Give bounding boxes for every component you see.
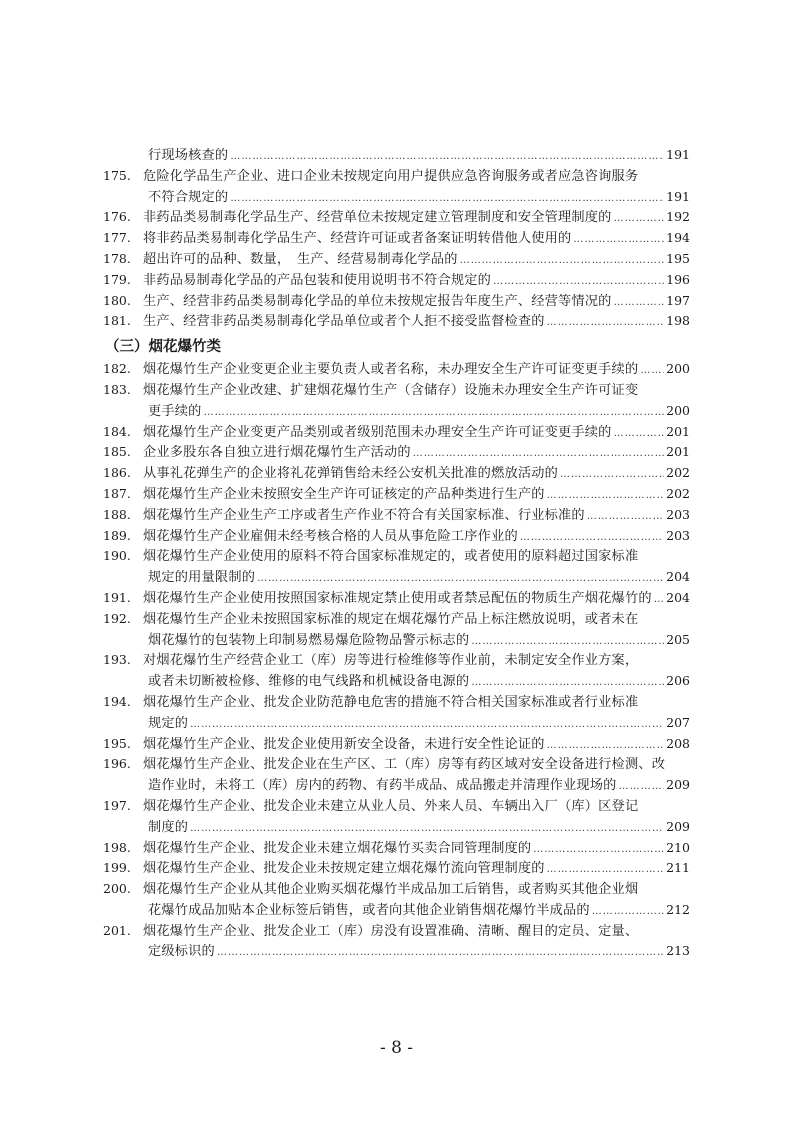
entry-title: 烟花爆竹生产企业、批发企业在生产区、工（库）房等有药区域对安全设备进行检测、改 (143, 755, 665, 776)
toc-entry-line[interactable]: 规定的207 (103, 713, 690, 734)
dot-leader (614, 209, 665, 230)
entry-page-number: 197 (666, 291, 690, 312)
entry-title: 烟花爆竹生产企业使用按照国家标准规定禁止使用或者禁忌配伍的物质生产烟花爆竹的 (143, 589, 652, 610)
entry-number: 200. (103, 879, 143, 900)
entry-title: 烟花爆竹的包装物上印制易燃易爆危险物品警示标志的 (148, 631, 469, 652)
dot-leader (573, 230, 664, 251)
entry-page-number: 203 (666, 526, 690, 547)
entry-title: 定级标识的 (148, 942, 215, 963)
dot-leader (547, 486, 665, 507)
section-heading-fireworks: （三）烟花爆竹类 (105, 335, 690, 359)
dot-leader (614, 424, 665, 445)
entry-title: 更手续的 (148, 402, 202, 423)
entry-page-number: 208 (666, 734, 690, 755)
entry-number: 188. (103, 505, 143, 526)
dot-leader (533, 840, 664, 861)
entry-title: 烟花爆竹生产企业、批发企业防范静电危害的措施不符合相关国家标准或者行业标准 (143, 693, 638, 714)
entry-number: 176. (103, 207, 143, 228)
entry-number: 175. (103, 166, 143, 187)
table-of-contents: 行现场核查的191175.危险化学品生产企业、进口企业未按规定向用户提供应急咨询… (103, 145, 690, 962)
entry-page-number: 201 (666, 442, 690, 463)
entry-title: 烟花爆竹生产企业改建、扩建烟花爆竹生产（含储存）设施未办理安全生产许可证变 (143, 381, 638, 402)
entry-title: 超出许可的品种、数量， 生产、经营易制毒化学品的 (143, 250, 458, 271)
entry-number: 189. (103, 526, 143, 547)
toc-entry-line[interactable]: 185.企业多股东各自独立进行烟花爆竹生产活动的201 (103, 442, 690, 463)
toc-entry-line[interactable]: 195.烟花爆竹生产企业、批发企业使用新安全设备，未进行安全性论证的208 (103, 734, 690, 755)
entry-number: 191. (103, 588, 143, 609)
dot-leader (587, 507, 664, 528)
dot-leader (190, 715, 664, 736)
entry-page-number: 194 (666, 228, 690, 249)
dot-leader (547, 313, 665, 334)
toc-entry-line[interactable]: 183.烟花爆竹生产企业改建、扩建烟花爆竹生产（含储存）设施未办理安全生产许可证… (103, 380, 690, 401)
entry-number: 190. (103, 546, 143, 567)
entry-number: 194. (103, 692, 143, 713)
toc-entry-line[interactable]: 造作业时，未将工（库）房内的药物、有药半成品、成品搬走并清理作业现场的209 (103, 775, 690, 796)
entry-page-number: 200 (666, 359, 690, 380)
entry-number: 187. (103, 484, 143, 505)
entry-page-number: 209 (666, 775, 690, 796)
toc-entry-line[interactable]: 烟花爆竹的包装物上印制易燃易爆危险物品警示标志的205 (103, 630, 690, 651)
entry-title: 烟花爆竹生产企业未按照国家标准的规定在烟花爆竹产品上标注燃放说明，或者未在 (143, 610, 638, 631)
entry-number: 186. (103, 463, 143, 484)
toc-entry-line[interactable]: 行现场核查的191 (103, 145, 690, 166)
entry-page-number: 212 (666, 900, 690, 921)
entry-title: 不符合规定的 (148, 188, 228, 209)
toc-fireworks: 182.烟花爆竹生产企业变更企业主要负责人或者名称，未办理安全生产许可证变更手续… (103, 359, 690, 962)
entry-number: 192. (103, 609, 143, 630)
toc-entry-line[interactable]: 194.烟花爆竹生产企业、批发企业防范静电危害的措施不符合相关国家标准或者行业标… (103, 692, 690, 713)
entry-title: 烟花爆竹生产企业雇佣未经考核合格的人员从事危险工序作业的 (143, 527, 518, 548)
toc-entry-line[interactable]: 不符合规定的191 (103, 187, 690, 208)
dot-leader (204, 403, 665, 424)
entry-title: 对烟花爆竹生产经营企业工（库）房等进行检维修等作业前，未制定安全作业方案， (143, 651, 638, 672)
toc-entry-line[interactable]: 196.烟花爆竹生产企业、批发企业在生产区、工（库）房等有药区域对安全设备进行检… (103, 754, 690, 775)
entry-page-number: 196 (666, 270, 690, 291)
entry-title: 生产、经营非药品类易制毒化学品的单位未按规定报告年度生产、经营等情况的 (143, 292, 612, 313)
entry-title: 烟花爆竹生产企业使用的原料不符合国家标准规定的，或者使用的原料超过国家标准 (143, 547, 638, 568)
toc-entry-line[interactable]: 178.超出许可的品种、数量， 生产、经营易制毒化学品的195 (103, 249, 690, 270)
dot-leader (460, 251, 664, 272)
entry-number: 180. (103, 291, 143, 312)
entry-number: 193. (103, 650, 143, 671)
entry-page-number: 204 (666, 567, 690, 588)
entry-title: 将非药品类易制毒化学品生产、经营许可证或者备案证明转借他人使用的 (143, 229, 571, 250)
toc-entry-line[interactable]: 175.危险化学品生产企业、进口企业未按规定向用户提供应急咨询服务或者应急咨询服… (103, 166, 690, 187)
toc-entry-line[interactable]: 190.烟花爆竹生产企业使用的原料不符合国家标准规定的，或者使用的原料超过国家标… (103, 546, 690, 567)
entry-page-number: 202 (666, 463, 690, 484)
entry-title: 烟花爆竹生产企业、批发企业工（库）房没有设置准确、清晰、醒目的定员、定量、 (143, 922, 638, 943)
entry-title: 行现场核查的 (148, 146, 228, 167)
dot-leader (230, 147, 664, 168)
toc-entry-line[interactable]: 180.生产、经营非药品类易制毒化学品的单位未按规定报告年度生产、经营等情况的1… (103, 291, 690, 312)
entry-title: 企业多股东各自独立进行烟花爆竹生产活动的 (143, 443, 411, 464)
toc-entry-line[interactable]: 187.烟花爆竹生产企业未按照安全生产许可证核定的产品种类进行生产的202 (103, 484, 690, 505)
entry-number: 198. (103, 838, 143, 859)
entry-page-number: 201 (666, 422, 690, 443)
entry-page-number: 211 (666, 858, 690, 879)
toc-entry-line[interactable]: 176.非药品类易制毒化学品生产、经营单位未按规定建立管理制度和安全管理制度的1… (103, 207, 690, 228)
entry-number: 181. (103, 311, 143, 332)
entry-page-number: 191 (666, 187, 690, 208)
entry-title: 规定的用量限制的 (148, 568, 255, 589)
entry-page-number: 204 (666, 588, 690, 609)
entry-number: 185. (103, 442, 143, 463)
toc-entry-line[interactable]: 179.非药品易制毒化学品的产品包装和使用说明书不符合规定的196 (103, 270, 690, 291)
entry-number: 196. (103, 754, 143, 775)
toc-entry-line[interactable]: 186.从事礼花弹生产的企业将礼花弹销售给未经公安机关批准的燃放活动的202 (103, 463, 690, 484)
entry-title: 造作业时，未将工（库）房内的药物、有药半成品、成品搬走并清理作业现场的 (148, 776, 617, 797)
entry-page-number: 207 (666, 713, 690, 734)
toc-entry-line[interactable]: 197.烟花爆竹生产企业、批发企业未建立从业人员、外来人员、车辆出入厂（库）区登… (103, 796, 690, 817)
entry-title: 规定的 (148, 714, 188, 735)
entry-number: 178. (103, 249, 143, 270)
entry-title: 制度的 (148, 818, 188, 839)
toc-entry-line[interactable]: 200.烟花爆竹生产企业从其他企业购买烟花爆竹半成品加工后销售，或者购买其他企业… (103, 879, 690, 900)
entry-page-number: 205 (666, 630, 690, 651)
entry-number: 199. (103, 858, 143, 879)
entry-title: 非药品类易制毒化学品生产、经营单位未按规定建立管理制度和安全管理制度的 (143, 208, 612, 229)
dot-leader (592, 902, 664, 923)
dot-leader (654, 590, 664, 611)
toc-entry-line[interactable]: 或者未切断被检修、维修的电气线路和机械设备电源的206 (103, 671, 690, 692)
entry-title: 从事礼花弹生产的企业将礼花弹销售给未经公安机关批准的燃放活动的 (143, 464, 558, 485)
dot-leader (520, 528, 664, 549)
toc-entry-line[interactable]: 192.烟花爆竹生产企业未按照国家标准的规定在烟花爆竹产品上标注燃放说明，或者未… (103, 609, 690, 630)
dot-leader (547, 860, 665, 881)
entry-title: 烟花爆竹生产企业生产工序或者生产作业不符合有关国家标准、行业标准的 (143, 506, 585, 527)
dot-leader (257, 569, 664, 590)
entry-title: 危险化学品生产企业、进口企业未按规定向用户提供应急咨询服务或者应急咨询服务 (143, 167, 638, 188)
toc-entry-line[interactable]: 193.对烟花爆竹生产经营企业工（库）房等进行检维修等作业前，未制定安全作业方案… (103, 650, 690, 671)
dot-leader (547, 736, 665, 757)
toc-entry-line[interactable]: 198.烟花爆竹生产企业、批发企业未建立烟花爆竹买卖合同管理制度的210 (103, 838, 690, 859)
dot-leader (230, 189, 664, 210)
toc-entry-line[interactable]: 181.生产、经营非药品类易制毒化学品单位或者个人拒不接受监督检查的198 (103, 311, 690, 332)
toc-entry-line[interactable]: 189.烟花爆竹生产企业雇佣未经考核合格的人员从事危险工序作业的203 (103, 526, 690, 547)
entry-title: 烟花爆竹生产企业、批发企业使用新安全设备，未进行安全性论证的 (143, 735, 545, 756)
entry-title: 烟花爆竹生产企业从其他企业购买烟花爆竹半成品加工后销售，或者购买其他企业烟 (143, 880, 638, 901)
entry-number: 197. (103, 796, 143, 817)
entry-page-number: 203 (666, 505, 690, 526)
entry-title: 烟花爆竹生产企业、批发企业未按规定建立烟花爆竹流向管理制度的 (143, 859, 545, 880)
entry-page-number: 213 (666, 941, 690, 962)
dot-leader (560, 465, 664, 486)
entry-page-number: 202 (666, 484, 690, 505)
entry-title: 非药品易制毒化学品的产品包装和使用说明书不符合规定的 (143, 271, 491, 292)
entry-number: 183. (103, 380, 143, 401)
entry-page-number: 191 (666, 145, 690, 166)
entry-number: 201. (103, 921, 143, 942)
dot-leader (614, 293, 665, 314)
toc-entry-line[interactable]: 191.烟花爆竹生产企业使用按照国家标准规定禁止使用或者禁忌配伍的物质生产烟花爆… (103, 588, 690, 609)
toc-entry-line[interactable]: 184.烟花爆竹生产企业变更产品类别或者级别范围未办理安全生产许可证变更手续的2… (103, 422, 690, 443)
entry-page-number: 209 (666, 817, 690, 838)
dot-leader (413, 444, 664, 465)
toc-entry-line[interactable]: 188.烟花爆竹生产企业生产工序或者生产作业不符合有关国家标准、行业标准的203 (103, 505, 690, 526)
toc-entry-line[interactable]: 182.烟花爆竹生产企业变更企业主要负责人或者名称，未办理安全生产许可证变更手续… (103, 359, 690, 380)
entry-title: 或者未切断被检修、维修的电气线路和机械设备电源的 (148, 672, 469, 693)
entry-title: 生产、经营非药品类易制毒化学品单位或者个人拒不接受监督检查的 (143, 312, 545, 333)
entry-title: 烟花爆竹生产企业、批发企业未建立烟花爆竹买卖合同管理制度的 (143, 839, 531, 860)
dot-leader (471, 673, 664, 694)
entry-title: 花爆竹成品加贴本企业标签后销售，或者向其他企业销售烟花爆竹半成品的 (148, 901, 590, 922)
dot-leader (640, 361, 664, 382)
toc-chemicals-continued: 行现场核查的191175.危险化学品生产企业、进口企业未按规定向用户提供应急咨询… (103, 145, 690, 332)
entry-page-number: 206 (666, 671, 690, 692)
page-number: - 8 - (0, 1038, 793, 1058)
entry-number: 179. (103, 270, 143, 291)
dot-leader (471, 632, 664, 653)
entry-page-number: 198 (666, 311, 690, 332)
entry-title: 烟花爆竹生产企业未按照安全生产许可证核定的产品种类进行生产的 (143, 485, 545, 506)
toc-entry-line[interactable]: 更手续的200 (103, 401, 690, 422)
entry-number: 177. (103, 228, 143, 249)
entry-page-number: 195 (666, 249, 690, 270)
entry-page-number: 192 (666, 207, 690, 228)
entry-number: 195. (103, 734, 143, 755)
entry-number: 184. (103, 422, 143, 443)
entry-number: 182. (103, 359, 143, 380)
dot-leader (619, 777, 665, 798)
dot-leader (493, 272, 664, 293)
dot-leader (190, 819, 664, 840)
toc-entry-line[interactable]: 制度的209 (103, 817, 690, 838)
toc-entry-line[interactable]: 199.烟花爆竹生产企业、批发企业未按规定建立烟花爆竹流向管理制度的211 (103, 858, 690, 879)
entry-title: 烟花爆竹生产企业、批发企业未建立从业人员、外来人员、车辆出入厂（库）区登记 (143, 797, 638, 818)
entry-title: 烟花爆竹生产企业变更产品类别或者级别范围未办理安全生产许可证变更手续的 (143, 423, 612, 444)
toc-entry-line[interactable]: 定级标识的213 (103, 941, 690, 962)
entry-page-number: 210 (666, 838, 690, 859)
entry-page-number: 200 (666, 401, 690, 422)
toc-entry-line[interactable]: 201.烟花爆竹生产企业、批发企业工（库）房没有设置准确、清晰、醒目的定员、定量… (103, 921, 690, 942)
entry-title: 烟花爆竹生产企业变更企业主要负责人或者名称，未办理安全生产许可证变更手续的 (143, 360, 638, 381)
toc-entry-line[interactable]: 177.将非药品类易制毒化学品生产、经营许可证或者备案证明转借他人使用的194 (103, 228, 690, 249)
toc-entry-line[interactable]: 规定的用量限制的204 (103, 567, 690, 588)
toc-entry-line[interactable]: 花爆竹成品加贴本企业标签后销售，或者向其他企业销售烟花爆竹半成品的212 (103, 900, 690, 921)
dot-leader (217, 943, 664, 964)
